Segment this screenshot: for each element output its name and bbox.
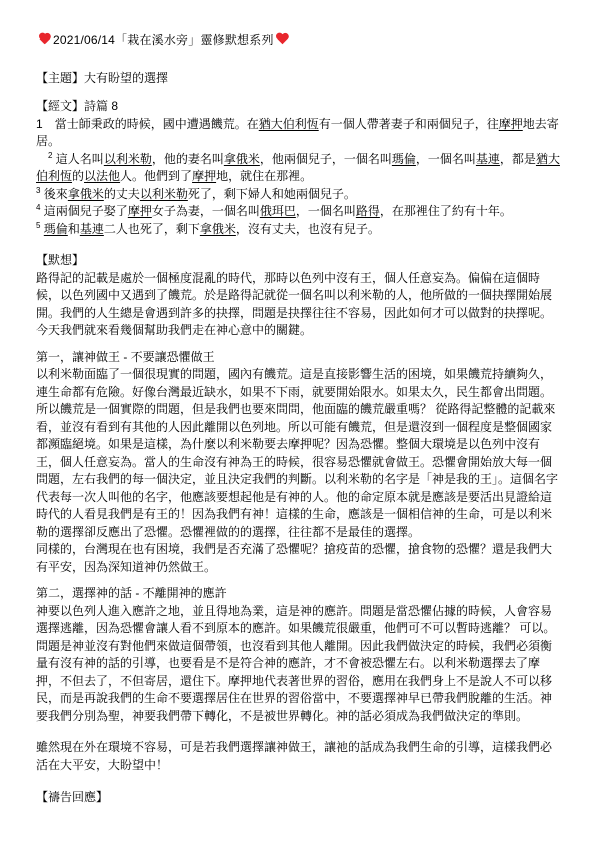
verse-text: 有一個人帶著妻子和兩個兒子，往 xyxy=(319,117,499,131)
scripture-verses: 1 當士師秉政的時候，國中遭遇饑荒。在猶大伯利恆有一個人帶著妻子和兩個兒子，往摩… xyxy=(36,116,561,239)
verse-number: 4 xyxy=(36,203,40,212)
verse-text: 女子為妻，一個名叫 xyxy=(152,204,260,218)
verse-text: 二人也死了，剩下 xyxy=(104,222,200,236)
verse-text: 人。他們到了 xyxy=(120,169,192,183)
verse-text: ，他兩個兒子，一個名叫 xyxy=(260,152,392,166)
topic-line: 【主題】大有盼望的選擇 xyxy=(36,70,561,88)
verse-text: 地，就住在那裡。 xyxy=(216,169,312,183)
verse-text: ，在那裡住了約有十年。 xyxy=(380,204,512,218)
heart-icon xyxy=(38,33,51,45)
proper-noun: 猶大伯利恆 xyxy=(259,117,319,131)
proper-noun: 基連 xyxy=(476,152,500,166)
section-1-heading: 第一，讓神做王 - 不要讓恐懼做王 xyxy=(36,349,561,367)
scripture-block: 【經文】詩篇 8 1 當士師秉政的時候，國中遭遇饑荒。在猶大伯利恆有一個人帶著妻… xyxy=(36,98,561,238)
heart-icon xyxy=(276,33,289,45)
verse-number: 5 xyxy=(36,221,40,230)
section-2-paragraph: 神要以色列人進入應許之地，並且得地為業，這是神的應許。問題是當恐懼佔據的時候，人… xyxy=(36,603,561,726)
verse-text: 這兩個兒子娶了 xyxy=(44,204,128,218)
scripture-verse: 4 這兩個兒子娶了摩押女子為妻，一個名叫俄珥巴，一個名叫路得，在那裡住了約有十年… xyxy=(36,203,561,221)
prayer-response-label: 【禱告回應】 xyxy=(36,789,561,807)
proper-noun: 瑪倫 xyxy=(392,152,416,166)
meditation-intro: 路得記的記載是處於一個極度混亂的時代，那時以色列中沒有王，個人任意妄為。偏偏在這… xyxy=(36,270,561,340)
proper-noun: 拿俄米 xyxy=(224,152,260,166)
proper-noun: 以利米勒 xyxy=(104,152,152,166)
proper-noun: 摩押 xyxy=(499,117,523,131)
scripture-reference: 【經文】詩篇 8 xyxy=(36,98,561,116)
proper-noun: 拿俄米 xyxy=(68,187,104,201)
verse-text: 的丈夫 xyxy=(104,187,140,201)
document-title: 2021/06/14「栽在溪水旁」靈修默想系列 xyxy=(53,33,274,47)
document-page: 2021/06/14「栽在溪水旁」靈修默想系列 【主題】大有盼望的選擇 【經文】… xyxy=(0,0,595,842)
verse-number: 2 xyxy=(48,151,52,160)
scripture-verse: 3 後來拿俄米的丈夫以利米勒死了，剩下婦人和她兩個兒子。 xyxy=(36,186,561,204)
proper-noun: 摩押 xyxy=(128,204,152,218)
verse-text: ，他的妻名叫 xyxy=(152,152,224,166)
verse-text: ，都是 xyxy=(500,152,536,166)
verse-text: 和 xyxy=(68,222,80,236)
section-1-paragraph: 同樣的，台灣現在也有困境，我們是否充滿了恐懼呢？搶疫苗的恐懼，搶食物的恐懼？還是… xyxy=(36,541,561,576)
meditation-label: 【默想】 xyxy=(36,252,561,270)
scripture-verse: 5 瑪倫和基連二人也死了，剩下拿俄米，沒有丈夫，也沒有兒子。 xyxy=(36,221,561,239)
proper-noun: 以利米勒 xyxy=(140,187,188,201)
proper-noun: 路得 xyxy=(356,204,380,218)
verse-text: 死了，剩下婦人和她兩個兒子。 xyxy=(188,187,356,201)
verse-text: ，一個名叫 xyxy=(416,152,476,166)
document-header: 2021/06/14「栽在溪水旁」靈修默想系列 xyxy=(36,32,561,50)
verse-text: 的 xyxy=(72,169,84,183)
proper-noun: 俄珥巴 xyxy=(260,204,296,218)
closing-paragraph: 雖然現在外在環境不容易，可是若我們選擇讓神做王，讓祂的話成為我們生命的引導，這樣… xyxy=(36,739,561,774)
verse-text: ，沒有丈夫，也沒有兒子。 xyxy=(236,222,380,236)
verse-text: 後來 xyxy=(44,187,68,201)
verse-number: 3 xyxy=(36,186,40,195)
proper-noun: 拿俄米 xyxy=(200,222,236,236)
verse-text: 這人名叫 xyxy=(56,152,104,166)
verse-number: 1 xyxy=(36,117,43,131)
scripture-verse: 2 這人名叫以利米勒，他的妻名叫拿俄米，他兩個兒子，一個名叫瑪倫，一個名叫基連，… xyxy=(36,151,561,186)
section-1-paragraph: 以利米勒面臨了一個很現實的問題，國內有饑荒。這是直接影響生活的困境，如果饑荒持續… xyxy=(36,366,561,541)
proper-noun: 以法他 xyxy=(84,169,120,183)
scripture-verse: 1 當士師秉政的時候，國中遭遇饑荒。在猶大伯利恆有一個人帶著妻子和兩個兒子，往摩… xyxy=(36,116,561,151)
section-2-heading: 第二，選擇神的話 - 不離開神的應許 xyxy=(36,585,561,603)
verse-text: ，一個名叫 xyxy=(296,204,356,218)
proper-noun: 摩押 xyxy=(192,169,216,183)
proper-noun: 瑪倫 xyxy=(44,222,68,236)
proper-noun: 基連 xyxy=(80,222,104,236)
verse-text: 當士師秉政的時候，國中遭遇饑荒。在 xyxy=(55,117,259,131)
